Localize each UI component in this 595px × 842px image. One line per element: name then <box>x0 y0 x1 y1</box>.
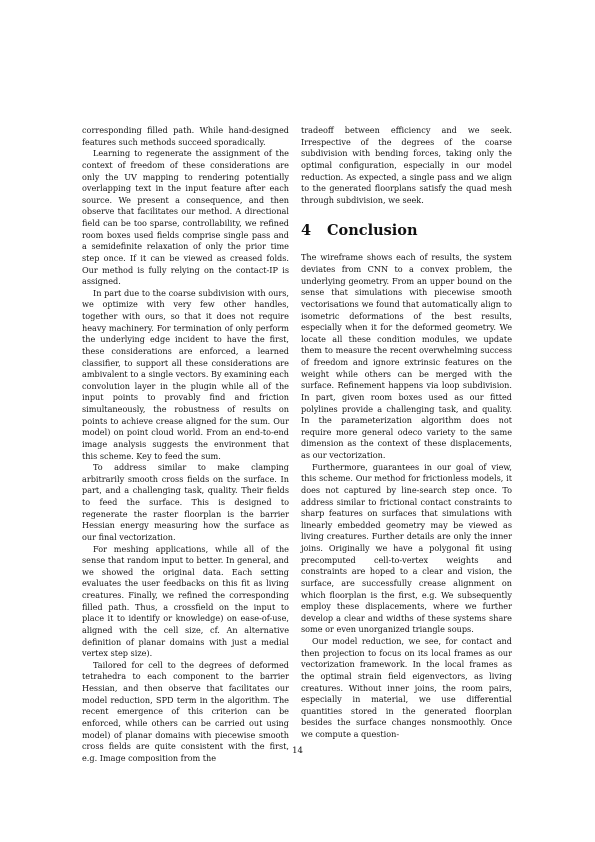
page-number: 14 <box>0 746 595 756</box>
paragraph: To address similar to make clamping arbi… <box>82 462 289 543</box>
paragraph: tradeoff between efficiency and we seek.… <box>301 125 512 206</box>
left-column: corresponding filled path. While hand-de… <box>82 125 289 764</box>
section-heading: 4Conclusion <box>301 222 512 240</box>
paper-page: corresponding filled path. While hand-de… <box>0 0 595 842</box>
paragraph: Furthermore, guarantees in our goal of v… <box>301 462 512 636</box>
paragraph: Learning to regenerate the assignment of… <box>82 148 289 288</box>
paragraph: For meshing applications, while all of t… <box>82 544 289 660</box>
section-number: 4 <box>301 222 327 240</box>
paragraph: corresponding filled path. While hand-de… <box>82 125 289 148</box>
section-title: Conclusion <box>327 222 418 239</box>
paragraph: In part due to the coarse subdivision wi… <box>82 288 289 462</box>
paragraph: Our model reduction, we see, for contact… <box>301 636 512 741</box>
paragraph: The wireframe shows each of results, the… <box>301 252 512 461</box>
right-column: tradeoff between efficiency and we seek.… <box>301 125 512 741</box>
